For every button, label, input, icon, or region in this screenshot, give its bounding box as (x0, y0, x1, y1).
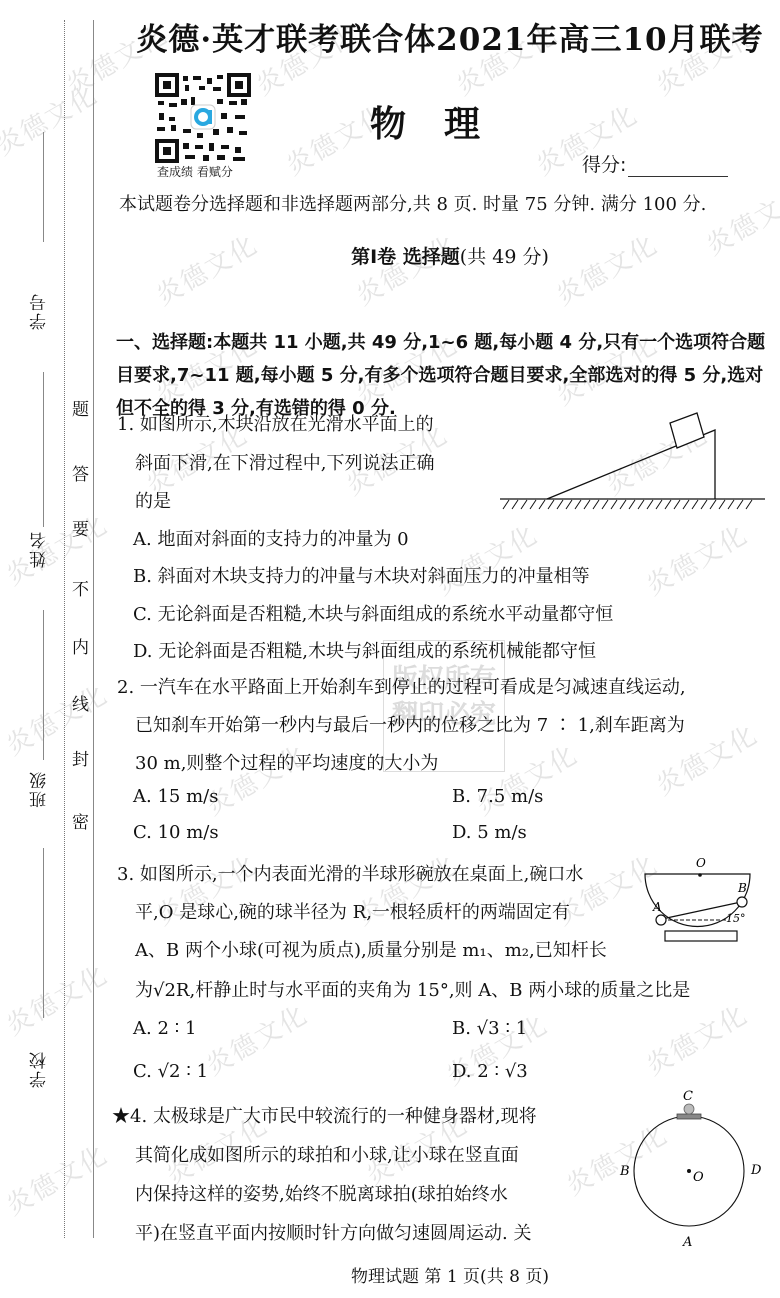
question-text: 为√2R,杆静止时与水平面的夹角为 15°,则 A、B 两小球的质量之比是 (135, 976, 690, 1002)
watermark: 炎德文化 (198, 994, 314, 1082)
binding-line (93, 20, 94, 1238)
qr-caption: 查成绩 看赋分 (157, 163, 233, 180)
field-line (43, 848, 44, 1018)
option-a[interactable]: A. 15 m/s (133, 786, 218, 807)
question-text: 其简化成如图所示的球拍和小球,让小球在竖直面 (135, 1141, 519, 1167)
watermark: 炎德文化 (638, 994, 754, 1082)
part-title-points: (共 49 分) (460, 246, 549, 268)
question-text: ★4. 太极球是广大市民中较流行的一种健身器材,现将 (112, 1102, 537, 1128)
part-title-text: 第Ⅰ卷 选择题 (351, 246, 460, 268)
question-text: 3. 如图所示,一个内表面光滑的半球形碗放在桌面上,碗口水 (117, 860, 583, 886)
option-d[interactable]: D. 无论斜面是否粗糙,木块与斜面组成的系统机械能都守恒 (133, 637, 596, 663)
label-b: B (619, 1164, 630, 1179)
question-text: 30 m,则整个过程的平均速度的大小为 (135, 749, 438, 775)
watermark: 炎德文化 (428, 514, 544, 602)
watermark: 炎德文化 (0, 1134, 114, 1222)
page-footer: 物理试题 第 1 页(共 8 页) (120, 1262, 780, 1287)
subject-title: 物理 (370, 96, 518, 147)
taiji-ball-circle-figure: C O B D A (612, 1082, 777, 1252)
option-c[interactable]: C. √2 ∶ 1 (133, 1061, 208, 1082)
option-a[interactable]: A. 地面对斜面的支持力的冲量为 0 (133, 525, 409, 551)
student-id-label: 学号 (27, 292, 52, 330)
question-text: 1. 如图所示,木块沿放在光滑水平面上的 (117, 410, 434, 436)
question-text: 内保持这样的姿势,始终不脱离球拍(球拍始终水 (135, 1180, 508, 1206)
school-label: 学校 (27, 1050, 52, 1088)
label-a: A (652, 900, 662, 914)
seal-char: 线 (72, 690, 91, 715)
question-text: 2. 一汽车在水平路面上开始刹车到停止的过程可看成是匀减速直线运动, (117, 673, 686, 699)
name-label: 姓名 (27, 530, 52, 568)
option-d[interactable]: D. 5 m/s (452, 822, 527, 843)
part-title: 第Ⅰ卷 选择题(共 49 分) (120, 242, 780, 269)
label-c: C (683, 1089, 693, 1104)
field-line (43, 610, 44, 760)
seal-char: 密 (72, 808, 91, 833)
option-b[interactable]: B. √3 ∶ 1 (452, 1018, 527, 1039)
question-text: A、B 两个小球(可视为质点),质量分别是 m₁、m₂,已知杆长 (135, 936, 607, 962)
dotted-cut-line (64, 20, 65, 1238)
option-b[interactable]: B. 斜面对木块支持力的冲量与木块对斜面压力的冲量相等 (133, 562, 590, 588)
question-text: 平)在竖直平面内按顺时针方向做匀速圆周运动. 关 (135, 1219, 531, 1245)
question-text: 平,O 是球心,碗的球半径为 R,一根轻质杆的两端固定有 (135, 898, 570, 924)
watermark: 炎德文化 (0, 954, 114, 1042)
question-text: 的是 (135, 487, 171, 513)
seal-char: 答 (72, 460, 91, 485)
label-d: D (750, 1163, 762, 1178)
seal-char: 要 (72, 515, 91, 540)
field-line (43, 372, 44, 527)
question-text: 已知刹车开始第一秒内与最后一秒内的位移之比为 7 ∶ 1,刹车距离为 (135, 711, 685, 737)
seal-char: 不 (72, 575, 91, 600)
qr-code[interactable] (155, 73, 251, 163)
option-c[interactable]: C. 无论斜面是否粗糙,木块与斜面组成的系统水平动量都守恒 (133, 600, 613, 626)
label-a: A (682, 1235, 692, 1250)
field-line (43, 132, 44, 242)
score-field[interactable]: 得分: (582, 150, 728, 177)
label-angle: 15° (726, 912, 746, 925)
seal-char: 内 (72, 633, 91, 658)
seal-char: 题 (72, 395, 91, 420)
watermark: 炎德文化 (0, 74, 104, 162)
label-b: B (737, 881, 747, 895)
qr-code-icon (155, 73, 251, 163)
watermark: 炎德文化 (638, 514, 754, 602)
class-label: 班级 (27, 770, 52, 808)
label-o: O (693, 1170, 704, 1185)
seal-char: 封 (72, 745, 91, 770)
exam-intro: 本试题卷分选择题和非选择题两部分,共 8 页. 时量 75 分钟. 满分 100… (119, 190, 706, 216)
hemispherical-bowl-figure: O A B 15° (640, 852, 760, 947)
watermark: 炎德文化 (0, 504, 114, 592)
score-blank[interactable] (628, 158, 728, 177)
option-c[interactable]: C. 10 m/s (133, 822, 219, 843)
exam-title: 炎德·英才联考联合体2021年高三10月联考 (120, 14, 780, 59)
score-label: 得分: (582, 154, 626, 176)
watermark: 炎德文化 (198, 734, 314, 822)
label-o: O (696, 856, 706, 870)
option-d[interactable]: D. 2 ∶ √3 (452, 1061, 528, 1082)
option-b[interactable]: B. 7.5 m/s (452, 786, 543, 807)
inclined-plane-figure (495, 408, 765, 513)
question-text: 斜面下滑,在下滑过程中,下列说法正确 (135, 449, 434, 475)
watermark: 炎德文化 (0, 674, 114, 762)
option-a[interactable]: A. 2 ∶ 1 (133, 1018, 196, 1039)
